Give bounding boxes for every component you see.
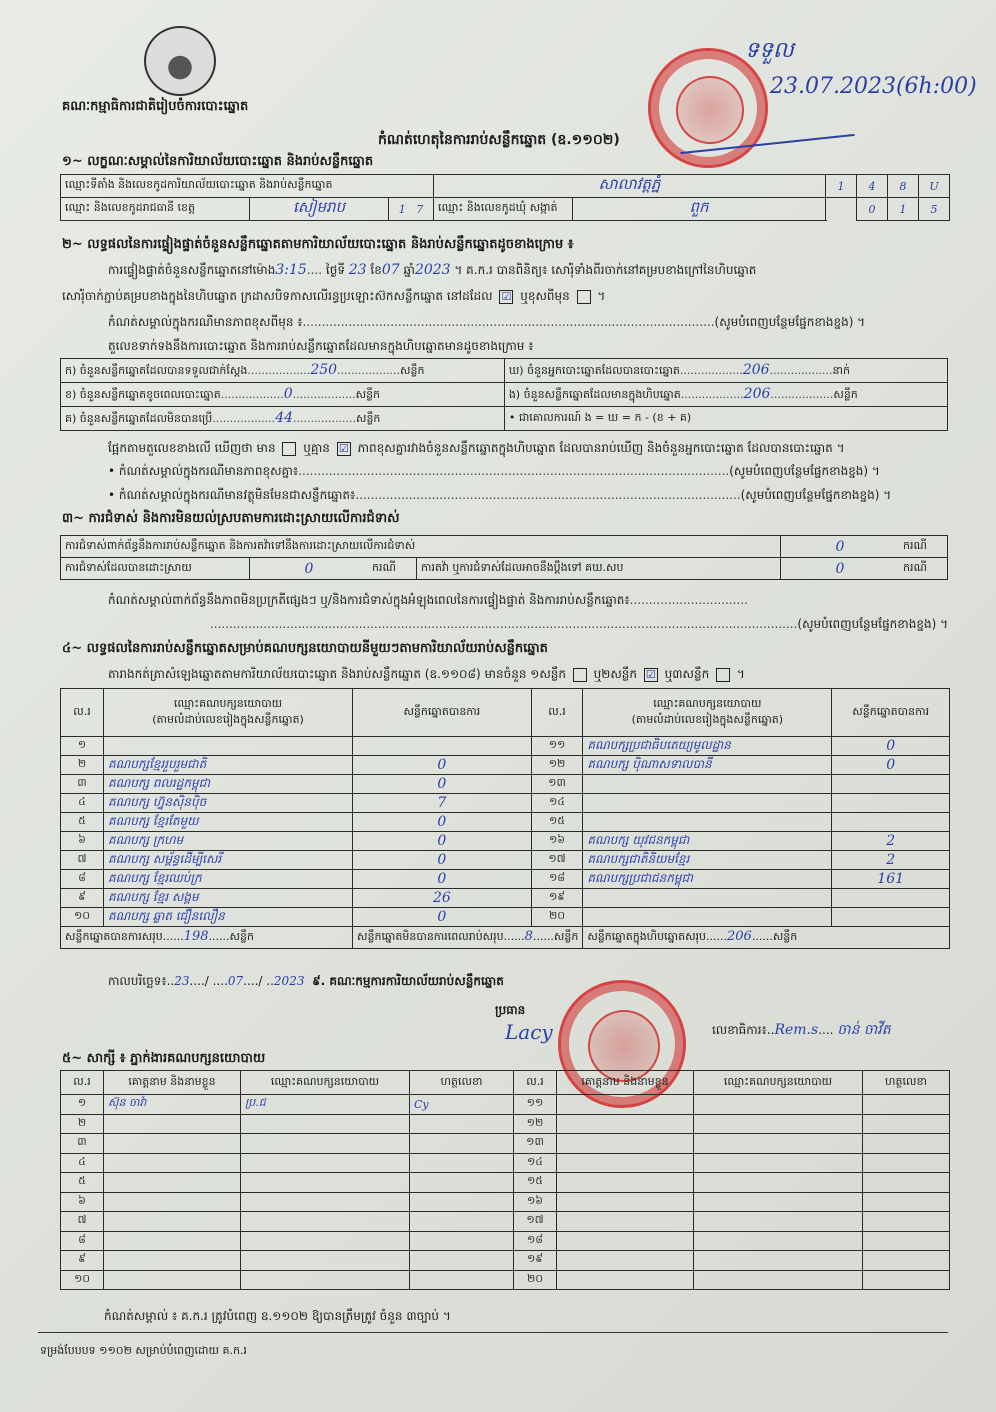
table-row: ៤គណបក្ស ហ្វ៊ុនស៊ិនប៉ិច7១៤: [61, 794, 950, 813]
location-label: ឈ្មោះទីតាំង និងលេខកូដការិយាល័យបោះឆ្នោត ន…: [61, 175, 434, 198]
bullet-nonballot-note: • កំណត់សម្គាល់ក្នុងករណីមានវត្ថុមិនមែនជាស…: [108, 487, 948, 505]
fill-hint: (សូមបំពេញបន្ថែមផ្នែកខាងខ្នង) ។: [797, 617, 948, 631]
col-party-header: ឈ្មោះគណបក្សនយោបាយ(តាមលំដាប់លេខរៀងក្នុងសន…: [583, 689, 832, 737]
col-party-header: ឈ្មោះគណបក្សនយោបាយ: [241, 1071, 410, 1095]
party-votes: 161: [832, 870, 950, 889]
witness-name: [557, 1153, 694, 1173]
witness-party: [241, 1114, 410, 1134]
party-name: គណបក្ស ខ្មែរ សង្គម: [104, 889, 353, 908]
left-count-cell: គ) ចំនួនសន្លឹកឆ្នោតដែលមិនបានប្រើ........…: [61, 407, 505, 431]
row-number: ៧: [61, 851, 104, 870]
party-votes: [832, 794, 950, 813]
left-count-label: គ) ចំនួនសន្លឹកឆ្នោតដែលមិនបានប្រើ: [65, 412, 212, 425]
witness-number: ៧: [61, 1212, 104, 1232]
party-name: គណបក្ស ឆ្លាត ជឿនលឿន: [104, 908, 353, 927]
witness-row: ១០២០: [61, 1270, 950, 1290]
party-votes: 0: [353, 775, 532, 794]
party-name: គណបក្ស ប៉ិណាសទាលបានី: [583, 756, 832, 775]
witness-number: ៥: [61, 1173, 104, 1193]
witness-party: ប្រ.ជ: [241, 1095, 410, 1115]
col-no-header: ល.រ: [531, 689, 583, 737]
location-code-3: 8: [888, 175, 919, 198]
left-count-value: 250: [310, 362, 337, 378]
left-count-label: ខ) ចំនួនសន្លឹកឆ្នោតខូចពេលបោះឆ្នោត: [65, 388, 221, 401]
witness-name: [557, 1114, 694, 1134]
witness-number: ១០: [61, 1270, 104, 1290]
sheet-count-line: តារាងកត់ត្រាសំឡេងឆ្នោតតាមការិយាល័យបោះឆ្ន…: [108, 666, 745, 684]
form-title: កំណត់ហេតុនៃការរាប់សន្លឹកឆ្នោត (ឧ.១១០២): [378, 130, 620, 151]
right-count-value: 206: [744, 386, 771, 402]
commune-code-2: 1: [888, 198, 919, 221]
party-name: គណបក្ស សម្ព័ន្ធដើម្បីសេរី: [104, 851, 353, 870]
date-day: 23: [174, 974, 189, 988]
left-count-unit: សន្លឹក: [356, 388, 380, 401]
col-no-header: ល.រ: [61, 1071, 104, 1095]
bullet-diff-note: • កំណត់សម្គាល់ក្នុងករណីមានភាពខុសគ្នា៖...…: [108, 463, 948, 481]
party-name: គណបក្ស ហ្វ៊ុនស៊ិនប៉ិច: [104, 794, 353, 813]
right-count-cell: • ជាគោលការណ៍ ង = ឃ = ក - (ខ + គ): [504, 407, 947, 431]
document-page: គណៈកម្មាធិការជាតិរៀបចំការបោះឆ្នោត ទទួល 2…: [0, 0, 996, 1412]
section2-heading: ២~ លទ្ធផលនៃការផ្ទៀងផ្ទាត់ចំនួនសន្លឹកឆ្នោ…: [62, 236, 573, 255]
left-count-value: 0: [284, 386, 293, 402]
witness-name: [557, 1192, 694, 1212]
col-party-header: ឈ្មោះគណបក្សនយោបាយ(តាមលំដាប់លេខរៀងក្នុងសន…: [104, 689, 353, 737]
table-row: ២គណបក្សខ្មែររួបរួមជាតិ0១២គណបក្ស ប៉ិណាសទា…: [61, 756, 950, 775]
witness-number: ១: [61, 1095, 104, 1115]
witness-party: [694, 1270, 863, 1290]
witness-number: ៤: [61, 1153, 104, 1173]
witness-name: [104, 1270, 241, 1290]
witness-signature: [410, 1212, 514, 1232]
party-votes: [832, 908, 950, 927]
col-votes-header: សន្លឹកឆ្នោតបានការ: [353, 689, 532, 737]
row-number: ៩: [61, 889, 104, 908]
party-name: [583, 775, 832, 794]
no-diff-label: ឬគ្មាន: [303, 441, 330, 455]
witness-name: [104, 1251, 241, 1271]
row-number: ៥: [61, 813, 104, 832]
right-count-unit: នាក់: [833, 364, 850, 377]
col-sign-header: ហត្ថលេខា: [863, 1071, 950, 1095]
party-name: គណបក្ស យុវជនកម្ពុជា: [583, 832, 832, 851]
party-name: គណបក្ស ពលរដ្ឋកម្ពុជា: [104, 775, 353, 794]
date-year: 2023: [274, 974, 305, 988]
table-row: ៩គណបក្ស ខ្មែរ សង្គម26១៩: [61, 889, 950, 908]
witness-number: ១៣: [514, 1134, 557, 1154]
month-label: ខែ: [370, 263, 381, 277]
witness-signature: [410, 1114, 514, 1134]
witness-number: ១៩: [514, 1251, 557, 1271]
row-number: ២: [61, 756, 104, 775]
witness-party: [241, 1231, 410, 1251]
party-votes: 0: [353, 870, 532, 889]
party-votes: 0: [353, 832, 532, 851]
appeal-label: ការតវ៉ា ឬការជំទាស់ដែលអាចនឹងប្តឹងទៅ គឃ.សប: [417, 558, 781, 580]
changed-checkbox[interactable]: [577, 290, 591, 304]
witness-signature: [863, 1212, 950, 1232]
row-number: ១៥: [531, 813, 583, 832]
secretary-name: ចាន់ ចាវីត: [837, 1022, 890, 1038]
table-row: ៦គណបក្ស ក្រហម0១៦គណបក្ស យុវជនកម្ពុជា2: [61, 832, 950, 851]
total-valid-ballots: សន្លឹកឆ្នោតបានការសរុប......198......សន្ល…: [61, 927, 353, 949]
party-name: គណបក្ស ខ្មែរតែមួយ: [104, 813, 353, 832]
row-number: ១៤: [531, 794, 583, 813]
party-name: [583, 908, 832, 927]
col-party-header: ឈ្មោះគណបក្សនយោបាយ: [694, 1071, 863, 1095]
resolved-label: ការជំទាស់ដែលបានដោះស្រាយ: [61, 558, 250, 580]
witness-row: ៦១៦: [61, 1192, 950, 1212]
witness-signature: [410, 1153, 514, 1173]
witness-number: ៨: [61, 1231, 104, 1251]
witness-party: [241, 1192, 410, 1212]
witness-name: [557, 1095, 694, 1115]
province-code: 1 7: [389, 198, 434, 221]
witness-name: [557, 1173, 694, 1193]
three-sheet-label: ឬ៣សន្លឹក: [665, 667, 710, 681]
right-count-label: • ជាគោលការណ៍ ង = ឃ = ក - (ខ + គ): [509, 411, 691, 424]
resolved-value: 0: [250, 558, 369, 580]
witness-number: ១៤: [514, 1153, 557, 1173]
section1-heading: ១~ លក្ខណៈសម្គាល់នៃការិយាល័យបោះឆ្នោត និងរ…: [62, 153, 373, 172]
appeal-unit: ករណី: [899, 558, 948, 580]
resolved-unit: ករណី: [368, 558, 417, 580]
witness-party: [694, 1212, 863, 1232]
witness-number: ១២: [514, 1114, 557, 1134]
no-diff-checkbox[interactable]: ☑: [337, 442, 351, 456]
witness-party: [241, 1251, 410, 1271]
verification-suffix: ។ គ.ក.រ បានពិនិត្យ៖ សោរ៉ុំទាំងពីរចាក់នៅគ…: [454, 263, 756, 277]
party-name: គណបក្ស ខ្មែរឈប់ក្រ: [104, 870, 353, 889]
party-votes: 2: [832, 851, 950, 870]
ballot-count-row: ខ) ចំនួនសន្លឹកឆ្នោតខូចពេលបោះឆ្នោត.......…: [61, 383, 948, 407]
witness-signature: [410, 1251, 514, 1271]
witness-signature: [863, 1153, 950, 1173]
party-name: [583, 813, 832, 832]
fill-hint: (សូមបំពេញបន្ថែមផ្នែកខាងខ្នង) ។: [729, 464, 880, 478]
one-sheet-checkbox[interactable]: [573, 668, 587, 682]
witness-row: ១ស៊ុន ចាវ៉ាប្រ.ជCy១១: [61, 1095, 950, 1115]
witness-number: ១៧: [514, 1212, 557, 1232]
section5-heading: ៥~ សាក្សី ៖ ភ្នាក់ងារគណបក្សនយោបាយ: [62, 1050, 265, 1069]
witnesses-table: ល.រគោត្តនាម និងនាមខ្លួនឈ្មោះគណបក្សនយោបាយ…: [60, 1070, 950, 1290]
witness-name: [104, 1192, 241, 1212]
table-row: ៧គណបក្ស សម្ព័ន្ធដើម្បីសេរី0១៧គណបក្សជាតិន…: [61, 851, 950, 870]
witness-name: [557, 1231, 694, 1251]
row-number: ១៨: [531, 870, 583, 889]
party-name: គណបក្សជាតិនិយមខ្មែរ: [583, 851, 832, 870]
witness-signature: [410, 1134, 514, 1154]
witness-name: ស៊ុន ចាវ៉ា: [104, 1095, 241, 1115]
party-votes: 7: [353, 794, 532, 813]
fill-hint: (សូមបំពេញបន្ថែមផ្នែកខាងខ្នង) ។: [715, 315, 866, 329]
sheet-count-label: តារាងកត់ត្រាសំឡេងឆ្នោតតាមការិយាល័យបោះឆ្ន…: [108, 667, 566, 681]
commune-code-3: 5: [919, 198, 950, 221]
col-name-header: គោត្តនាម និងនាមខ្លួន: [104, 1071, 241, 1095]
col-sign-header: ហត្ថលេខា: [410, 1071, 514, 1095]
right-count-label: ឃ) ចំនួនអ្នកបោះឆ្នោតដែលបានបោះឆ្នោត: [509, 364, 680, 377]
witness-number: ១១: [514, 1095, 557, 1115]
witness-party: [241, 1270, 410, 1290]
has-diff-checkbox[interactable]: [282, 442, 296, 456]
row-number: ១: [61, 737, 104, 756]
right-count-value: 206: [743, 362, 770, 378]
totals-row: សន្លឹកឆ្នោតបានការសរុប......198......សន្ល…: [61, 927, 950, 949]
bullet2-label: • កំណត់សម្គាល់ក្នុងករណីមានវត្ថុមិនមែនជាស…: [108, 488, 355, 502]
section3-heading: ៣~ ការជំទាស់ និងការមិនយល់ស្របតាមការដោះស្…: [62, 510, 399, 529]
left-count-label: ក) ចំនួនសន្លឹកឆ្នោតដែលបានទទួលជាក់ស្តែង: [65, 364, 247, 377]
witness-name: [104, 1231, 241, 1251]
row-number: ១៣: [531, 775, 583, 794]
section1-table: ឈ្មោះទីតាំង និងលេខកូដការិយាល័យបោះឆ្នោត ន…: [60, 174, 950, 221]
witness-party: [694, 1231, 863, 1251]
location-code-1: 1: [826, 175, 857, 198]
secretary-label: លេខាធិការ៖: [712, 1023, 767, 1037]
row-number: ១៧: [531, 851, 583, 870]
bullet1-label: • កំណត់សម្គាល់ក្នុងករណីមានភាពខុសគ្នា៖: [108, 464, 298, 478]
col-no-header: ល.រ: [514, 1071, 557, 1095]
irregularity-note-cont: ........................................…: [62, 616, 948, 634]
two-sheet-checkbox[interactable]: ☑: [644, 668, 658, 682]
witness-name: [557, 1134, 694, 1154]
party-votes: 0: [353, 813, 532, 832]
col-no-header: ល.រ: [61, 689, 104, 737]
witness-signature: [863, 1134, 950, 1154]
right-count-cell: ឃ) ចំនួនអ្នកបោះឆ្នោតដែលបានបោះឆ្នោត......…: [504, 359, 947, 383]
table-row: ១១១គណបក្សប្រជាធិបតេយ្យមូលដ្ឋាន0: [61, 737, 950, 756]
verification-day: 23: [349, 262, 367, 278]
witness-signature: [863, 1270, 950, 1290]
witness-signature: [863, 1251, 950, 1271]
left-count-value: 44: [275, 410, 293, 426]
party-votes: 0: [832, 737, 950, 756]
irregularity-note: កំណត់សម្គាល់ពាក់ព័ន្ធនឹងភាពមិនប្រក្រតីផ្…: [108, 592, 948, 610]
commune-label: ឈ្មោះ និងលេខកូដឃុំ សង្កាត់: [434, 198, 573, 221]
witness-number: ១៦: [514, 1192, 557, 1212]
witness-name: [104, 1173, 241, 1193]
party-votes: 0: [353, 908, 532, 927]
row-number: ១៦: [531, 832, 583, 851]
left-count-unit: សន្លឹក: [356, 412, 380, 425]
year-label: ឆ្នាំ: [404, 263, 415, 277]
witness-party: [694, 1192, 863, 1212]
date-month: 07: [228, 974, 243, 988]
party-results-table: ល.រឈ្មោះគណបក្សនយោបាយ(តាមលំដាប់លេខរៀងក្នុ…: [60, 688, 950, 949]
row-number: ១៩: [531, 889, 583, 908]
col-votes-header: សន្លឹកឆ្នោតបានការ: [832, 689, 950, 737]
compare-line: ផ្អែកតាមតួលេខខាងលើ ឃើញថា មាន ឬគ្មាន ☑ ភា…: [108, 440, 845, 458]
witness-number: ៩: [61, 1251, 104, 1271]
witness-party: [241, 1134, 410, 1154]
location-code-4: U: [919, 175, 950, 198]
row-number: ៦: [61, 832, 104, 851]
left-count-cell: ខ) ចំនួនសន្លឹកឆ្នោតខូចពេលបោះឆ្នោត.......…: [61, 383, 505, 407]
party-name: [583, 889, 832, 908]
location-value: សាលាវត្តភ្នំ: [434, 175, 826, 198]
witness-row: ៥១៥: [61, 1173, 950, 1193]
objections-table: ការជំទាស់ពាក់ព័ន្ធនឹងការរាប់សន្លឹកឆ្នោត …: [60, 535, 948, 580]
witness-number: ១៥: [514, 1173, 557, 1193]
receipt-datetime: 23.07.2023(6h:00): [770, 74, 977, 99]
party-name: [104, 737, 353, 756]
party-votes: [832, 775, 950, 794]
party-name: គណបក្សខ្មែររួបរួមជាតិ: [104, 756, 353, 775]
witness-party: [694, 1114, 863, 1134]
witness-row: ៨១៨: [61, 1231, 950, 1251]
province-label: ឈ្មោះ និងលេខកូដរាជធានី ខេត្ត: [61, 198, 250, 221]
table-row: ៨គណបក្ស ខ្មែរឈប់ក្រ0១៨គណបក្សប្រជាជនកម្ពុ…: [61, 870, 950, 889]
table-row: ៥គណបក្ស ខ្មែរតែមួយ0១៥: [61, 813, 950, 832]
witness-party: [694, 1134, 863, 1154]
row-number: ៣: [61, 775, 104, 794]
receipt-note: ទទួល: [745, 36, 794, 68]
party-votes: 0: [353, 851, 532, 870]
secretary-signature: Rem.s: [774, 1022, 818, 1038]
party-name: គណបក្សប្រជាធិបតេយ្យមូលដ្ឋាន: [583, 737, 832, 756]
verification-prefix: ការផ្ទៀងផ្ទាត់ចំនួនសន្លឹកឆ្នោតនៅម៉ោង: [108, 263, 275, 277]
party-name: គណបក្ស ក្រហម: [104, 832, 353, 851]
compare-suffix: ភាពខុសគ្នារវាងចំនួនសន្លឹកឆ្នោតក្នុងហិបឆ្…: [358, 441, 845, 455]
commune-value: ពួក: [573, 198, 826, 221]
right-count-label: ង) ចំនួនសន្លឹកឆ្នោតដែលមានក្នុងហិបឆ្នោត: [509, 388, 681, 401]
appeal-value: 0: [781, 558, 900, 580]
witness-party: [241, 1153, 410, 1173]
total-invalid-ballots: សន្លឹកឆ្នោតមិនបានការពេលរាប់សរុប......8..…: [353, 927, 583, 949]
witness-signature: Cy: [410, 1095, 514, 1115]
witness-number: ២: [61, 1114, 104, 1134]
date-label: កាលបរិច្ឆេទ៖: [108, 974, 167, 988]
changed-label: ឬខុសពីមុន: [520, 289, 570, 303]
witness-party: [241, 1212, 410, 1232]
witness-party: [694, 1173, 863, 1193]
objections-unit: ករណី: [899, 536, 948, 558]
footnote: កំណត់សម្គាល់ ៖ គ.ក.រ ត្រូវបំពេញ ឧ.១១០២ ឱ…: [104, 1308, 451, 1326]
left-count-cell: ក) ចំនួនសន្លឹកឆ្នោតដែលបានទទួលជាក់ស្តែង..…: [61, 359, 505, 383]
left-count-unit: សន្លឹក: [400, 364, 424, 377]
seal-intact-text: សោរ៉ុំចាក់ភ្ជាប់គម្របខាងក្នុងនៃហិបឆ្នោត …: [62, 289, 493, 303]
witness-name: [104, 1134, 241, 1154]
objections-label: ការជំទាស់ពាក់ព័ន្ធនឹងការរាប់សន្លឹកឆ្នោត …: [61, 536, 781, 558]
section4-heading: ៤~ លទ្ធផលនៃការរាប់សន្លឹកឆ្នោតសម្រាប់គណបក…: [62, 640, 548, 659]
verification-month: 07: [382, 262, 400, 278]
witness-signature: [863, 1173, 950, 1193]
witness-number: ១៨: [514, 1231, 557, 1251]
row-number: ១០: [61, 908, 104, 927]
province-value: សៀមរាប: [250, 198, 389, 221]
witness-signature: [863, 1114, 950, 1134]
witness-party: [694, 1153, 863, 1173]
objections-value: 0: [781, 536, 900, 558]
party-votes: 0: [353, 756, 532, 775]
party-votes: 2: [832, 832, 950, 851]
form-note: ទម្រង់បែបបទ ១១០២ សម្រាប់បំពេញដោយ គ.ក.រ: [40, 1344, 247, 1360]
witness-name: [557, 1270, 694, 1290]
irregularity-label: កំណត់សម្គាល់ពាក់ព័ន្ធនឹងភាពមិនប្រក្រតីផ្…: [108, 593, 630, 607]
table-intro: តួលេខទាក់ទងនឹងការបោះឆ្នោត និងការរាប់សន្ល…: [108, 338, 533, 356]
footer-divider: [38, 1332, 948, 1333]
witness-signature: [863, 1231, 950, 1251]
ballot-counts-table: ក) ចំនួនសន្លឹកឆ្នោតដែលបានទទួលជាក់ស្តែង..…: [60, 358, 948, 431]
party-votes: [832, 889, 950, 908]
ballot-count-row: ក) ចំនួនសន្លឹកឆ្នោតដែលបានទទួលជាក់ស្តែង..…: [61, 359, 948, 383]
witness-signature: [863, 1095, 950, 1115]
witness-number: ៣: [61, 1134, 104, 1154]
witness-signature: [410, 1270, 514, 1290]
row-number: ១១: [531, 737, 583, 756]
witness-row: ៣១៣: [61, 1134, 950, 1154]
committee-label: ៩. គណៈកម្មការការិយាល័យរាប់សន្លឹកឆ្នោត: [312, 974, 504, 988]
table-row: ១០គណបក្ស ឆ្លាត ជឿនលឿន0២០: [61, 908, 950, 927]
chair-signature: Lacy: [505, 1020, 553, 1044]
verification-line-1: ការផ្ទៀងផ្ទាត់ចំនួនសន្លឹកឆ្នោតនៅម៉ោង3:15…: [108, 262, 756, 280]
witness-number: ៦: [61, 1192, 104, 1212]
total-box-ballots: សន្លឹកឆ្នោតក្នុងហិបឆ្នោតសរុប......206...…: [583, 927, 950, 949]
witness-signature: [410, 1192, 514, 1212]
witness-row: ៤១៤: [61, 1153, 950, 1173]
witness-signature: [410, 1173, 514, 1193]
witness-row: ៧១៧: [61, 1212, 950, 1232]
witness-name: [557, 1212, 694, 1232]
witness-signature: [410, 1231, 514, 1251]
compare-prefix: ផ្អែកតាមតួលេខខាងលើ ឃើញថា មាន: [108, 441, 276, 455]
verification-year: 2023: [415, 262, 451, 278]
party-name: [583, 794, 832, 813]
secretary-line: លេខាធិការ៖..Rem.s.... ចាន់ ចាវីត: [712, 1020, 891, 1041]
table-row: ៣គណបក្ស ពលរដ្ឋកម្ពុជា0១៣: [61, 775, 950, 794]
row-number: ៤: [61, 794, 104, 813]
witness-row: ៩១៩: [61, 1251, 950, 1271]
right-count-unit: សន្លឹក: [833, 388, 857, 401]
witness-party: [694, 1251, 863, 1271]
witness-name: [104, 1212, 241, 1232]
party-votes: [353, 737, 532, 756]
commune-code-1: 0: [857, 198, 888, 221]
verification-time: 3:15: [275, 262, 306, 278]
row-number: ៨: [61, 870, 104, 889]
witness-name: [104, 1153, 241, 1173]
witness-signature: [863, 1192, 950, 1212]
party-votes: 26: [353, 889, 532, 908]
verification-line-2: សោរ៉ុំចាក់ភ្ជាប់គម្របខាងក្នុងនៃហិបឆ្នោត …: [62, 288, 605, 306]
count-date-line: កាលបរិច្ឆេទ៖..23..../ ....07..../ ..2023…: [108, 973, 504, 991]
row-number: ២០: [531, 908, 583, 927]
row-number: ១២: [531, 756, 583, 775]
three-sheet-checkbox[interactable]: [716, 668, 730, 682]
location-code-2: 4: [857, 175, 888, 198]
org-name: គណៈកម្មាធិការជាតិរៀបចំការបោះឆ្នោត: [62, 98, 248, 117]
party-name: គណបក្សប្រជាជនកម្ពុជា: [583, 870, 832, 889]
fill-hint: (សូមបំពេញបន្ថែមផ្នែកខាងខ្នង) ។: [741, 488, 892, 502]
diff-note-label: កំណត់សម្គាល់ក្នុងករណីមានភាពខុសពីមុន ៖: [108, 315, 303, 329]
witness-name: [104, 1114, 241, 1134]
right-count-cell: ង) ចំនួនសន្លឹកឆ្នោតដែលមានក្នុងហិបឆ្នោត..…: [504, 383, 947, 407]
two-sheet-label: ឬ២សន្លឹក: [594, 667, 637, 681]
witness-party: [694, 1095, 863, 1115]
witness-name: [557, 1251, 694, 1271]
witness-row: ២១២: [61, 1114, 950, 1134]
witness-number: ២០: [514, 1270, 557, 1290]
day-label: ថ្ងៃទី: [326, 263, 345, 277]
party-votes: [832, 813, 950, 832]
intact-checkbox[interactable]: ☑: [499, 290, 513, 304]
party-votes: 0: [832, 756, 950, 775]
col-name-header: គោត្តនាម និងនាមខ្លួន: [557, 1071, 694, 1095]
nec-emblem-logo: [144, 26, 216, 96]
chair-label: ប្រធាន: [495, 1002, 525, 1020]
witness-party: [241, 1173, 410, 1193]
diff-note-line: កំណត់សម្គាល់ក្នុងករណីមានភាពខុសពីមុន ៖...…: [108, 314, 948, 332]
ballot-count-row: គ) ចំនួនសន្លឹកឆ្នោតដែលមិនបានប្រើ........…: [61, 407, 948, 431]
